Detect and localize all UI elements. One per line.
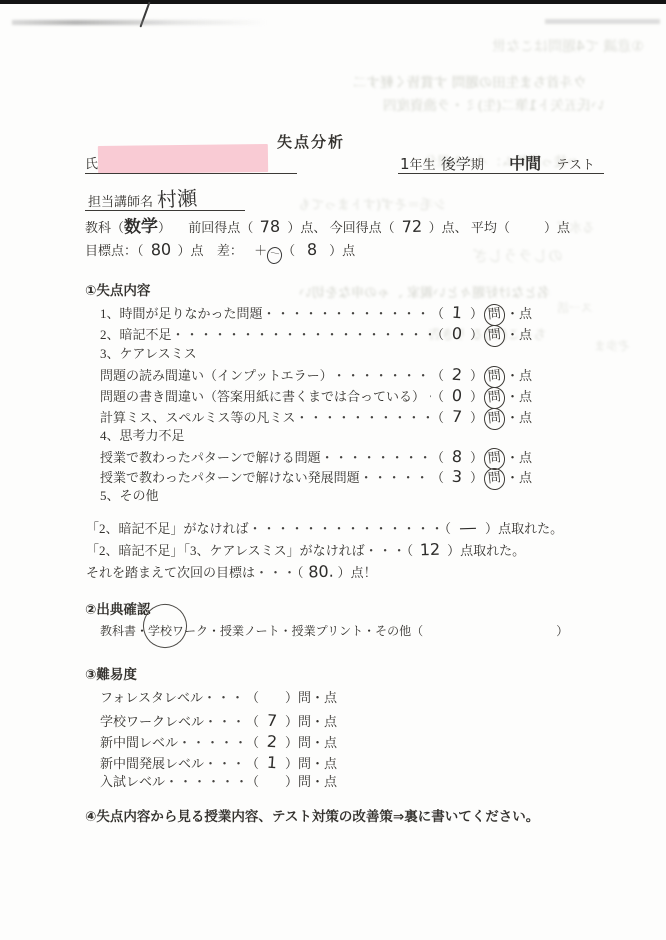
difficulty-row: フォレスタレベル・・・・・・・・・・・・・・・・・・・・・・・・・・・・・・・・… [100,689,337,707]
section3-heading: ③難易度 [85,666,137,684]
dot-leader: ・・・・・・・・・・・・・・・・・・・・・・・・・・・・・・・・・・ [165,773,246,791]
handwritten-value: ― [451,516,486,539]
value-parens: （3）問・点 [431,466,532,490]
handwritten-value: 80. [303,560,338,583]
summary-line: 「2、暗記不足」がなければ・・・・・・・・・・・・・・（―）点取れた。 [86,517,563,539]
row-label: 入試レベル [100,773,165,791]
grade-handwritten: 1 [400,154,410,174]
prev-score-handwritten: 78 [253,215,288,238]
section4-instruction: ④失点内容から見る授業内容、テスト対策の改善策⇒裏に書いてください。 [85,808,539,826]
grade-underline [398,173,604,174]
bleedthrough-text: ぞ歩ま [594,338,630,354]
term-handwritten: 後学 [441,154,471,174]
grade-suffix: 年生 [410,157,436,172]
row-label: 学校ワークレベル [100,713,204,731]
summary-line: それを踏まえて次回の目標は・・・（80.）点！ [86,561,377,583]
row-label: フォレスタレベル [100,689,203,707]
scan-streak [12,20,267,25]
unit-label: ・点 [506,470,532,485]
handwritten-value: 0 [443,384,470,407]
current-score-handwritten: 72 [394,215,429,238]
unit-label: 問・点 [298,714,337,729]
hand-circled-unit: 問 [483,467,506,491]
average-score-blank [510,231,544,232]
section1-heading: ①失点内容 [85,282,150,300]
handwritten-value [259,701,285,703]
form-title: 失点分析 [277,133,345,153]
bleedthrough-text: ウ斗首ちま生田の題問 す賞皆く軽す二 [353,74,587,92]
dot-leader: ・・・・・・・・・・・・・・・・・・・・・・・・・・・・・・・・・・ [263,305,431,323]
target-score-handwritten: 80 [143,238,178,261]
section2-heading: ②出典確認 [85,601,150,619]
name-underline [85,173,297,174]
bleedthrough-text: ①意識 て4題問はこな世 [492,38,644,57]
value-parens: （0）問・点 [431,323,532,347]
plus-sign: ＋ [254,243,267,258]
lost-point-row: 計算ミス、スペルミス等の凡ミス・・・・・・・・・・・・・・・・・・・・・・・・・… [100,406,532,430]
hand-circled-unit: 問 [483,324,506,348]
row-label: 問題の読み間違い（インプットエラー） [100,367,333,385]
target-score-line: 目標点：（80）点 差： ＋－（8）点 [85,239,355,264]
summary-line: 「2、暗記不足」「3、ケアレスミス」がなければ・・・（12）点取れた。 [86,539,525,561]
diff-handwritten: 8 [295,238,330,261]
bleedthrough-text: シ毛＝そず(すトまっても [298,197,446,215]
teacher-underline [85,210,245,211]
handwritten-value: 12 [413,538,448,561]
unit-label: 問・点 [298,774,337,789]
unit-label: 問・点 [298,690,337,705]
subject-score-line: 教科（数学） 前回得点（78）点、 今回得点（72）点、 平均（）点 [85,216,570,239]
handwritten-value: 7 [258,709,285,732]
handwritten-value: 0 [443,322,470,345]
bleedthrough-text: ス一活 [557,300,593,316]
unit-label: 問・点 [298,735,337,750]
term-suffix: 期 [471,157,484,172]
lost-point-row: 授業で教わったパターンで解けない発展問題・・・・・・・・・・・・・・・・・・・・… [100,466,532,490]
value-parens: （）問・点 [246,773,337,791]
dot-leader: ・・・・・・・・・・・・・・・・・・・・・・・・・・・・・・・・・・ [333,367,431,385]
unit-label: ・点 [506,327,532,342]
dot-leader: ・・・・・・・・・・・・・・ [249,521,445,536]
handwritten-value [259,785,285,787]
exam-suffix: テスト [556,157,594,172]
scanned-form-page: ①意識 て4題問はこな世 ウ斗首ちま生田の題問 す賞皆く軽す二 い氏五矢ト1筆二… [0,0,666,940]
row-label: 新中間レベル [100,734,178,752]
unit-label: 問・点 [298,756,337,771]
row-label: 授業で教わったパターンで解けない発展問題 [100,469,360,487]
unit-label: ・点 [506,450,532,465]
dot-leader: ・・・・・・・・・・・・・・・・・・・・・・・・・・・・・・・・・・ [204,755,246,773]
difficulty-row: 入試レベル・・・・・・・・・・・・・・・・・・・・・・・・・・・・・・・・・・（… [100,773,337,791]
handwritten-value: 3 [443,465,470,488]
row-label: 問題の書き間違い（答案用紙に書くまでは合っている） [100,388,425,406]
section1-subheading: 4、思考力不足 [100,427,185,445]
dot-leader: ・・・ [365,543,407,558]
difficulty-row: 新中間発展レベル・・・・・・・・・・・・・・・・・・・・・・・・・・・・・・・・… [100,752,337,774]
handwritten-value: 7 [443,405,470,428]
dot-leader: ・・・ [255,565,297,580]
exam-handwritten: 中間 [509,153,541,175]
row-label: 新中間発展レベル [100,755,204,773]
value-parens: （7）問・点 [246,710,337,732]
unit-label: ・点 [506,389,532,404]
value-parens: （1）問・点 [246,752,337,774]
dot-leader: ・・・・・・・・・・・・・・・・・・・・・・・・・・・・・・・・・・ [172,326,431,344]
scan-edge-top [0,0,666,4]
dot-leader: ・・・・・・・・・・・・・・・・・・・・・・・・・・・・・・・・・・ [360,469,431,487]
handwritten-value: 2 [443,363,470,386]
difficulty-row: 学校ワークレベル・・・・・・・・・・・・・・・・・・・・・・・・・・・・・・・・… [100,710,337,732]
unit-label: ・点 [506,306,532,321]
grade-line: 1年生 後学期 中間 テスト [400,153,595,175]
dot-leader: ・・・・・・・・・・・・・・・・・・・・・・・・・・・・・・・・・・ [203,689,246,707]
bleedthrough-text: のしラうしざ [473,246,563,266]
unit-label: ・点 [506,368,532,383]
lost-point-row: 問題の書き間違い（答案用紙に書くまでは合っている）・・・・・・・・・・・・・・・… [100,385,532,409]
row-label: 2、暗記不足 [100,326,172,344]
difficulty-row: 新中間レベル・・・・・・・・・・・・・・・・・・・・・・・・・・・・・・・・・・… [100,731,337,753]
row-label: 授業で教わったパターンで解ける問題 [100,449,321,467]
value-parens: （7）問・点 [431,406,532,430]
bleedthrough-text: い氏五矢ト1筆二(生)ミ・ラ漁資度四 [383,97,605,115]
handwritten-value: 1 [443,301,470,324]
hand-circled-unit: 問 [483,407,506,431]
handwritten-value: 1 [258,751,285,774]
subject-handwritten: 数学 [124,215,159,239]
section1-subheading: 3、ケアレスミス [100,345,197,363]
dot-leader: ・・・・・・・・・・・・・・・・・・・・・・・・・・・・・・・・・・ [321,449,431,467]
value-parens: （）問・点 [246,689,337,707]
teacher-label: 担当講師名 [88,193,153,211]
lost-point-row: 2、暗記不足・・・・・・・・・・・・・・・・・・・・・・・・・・・・・・・・・・… [100,323,532,347]
value-parens: （2）問・点 [246,731,337,753]
row-label: 1、時間が足りなかった問題 [100,305,263,323]
circled-minus-sign: － [265,246,283,266]
section1-subheading: 5、その他 [100,487,159,505]
scan-streak [545,19,660,24]
lost-point-row: 1、時間が足りなかった問題・・・・・・・・・・・・・・・・・・・・・・・・・・・… [100,302,532,326]
name-redaction [98,144,268,174]
dot-leader: ・・・・・・・・・・・・・・・・・・・・・・・・・・・・・・・・・・ [178,734,246,752]
handwritten-value: 2 [258,730,285,753]
dot-leader: ・・・・・・・・・・・・・・・・・・・・・・・・・・・・・・・・・・ [295,409,431,427]
bleedthrough-text: 名となけ好題々とい親家 、ゃの申なを切い [299,285,550,303]
lost-point-row: 問題の読み間違い（インプットエラー）・・・・・・・・・・・・・・・・・・・・・・… [100,364,532,388]
dot-leader: ・・・・・・・・・・・・・・・・・・・・・・・・・・・・・・・・・・ [204,713,246,731]
row-label: 計算ミス、スペルミス等の凡ミス [100,409,295,427]
unit-label: ・点 [506,410,532,425]
